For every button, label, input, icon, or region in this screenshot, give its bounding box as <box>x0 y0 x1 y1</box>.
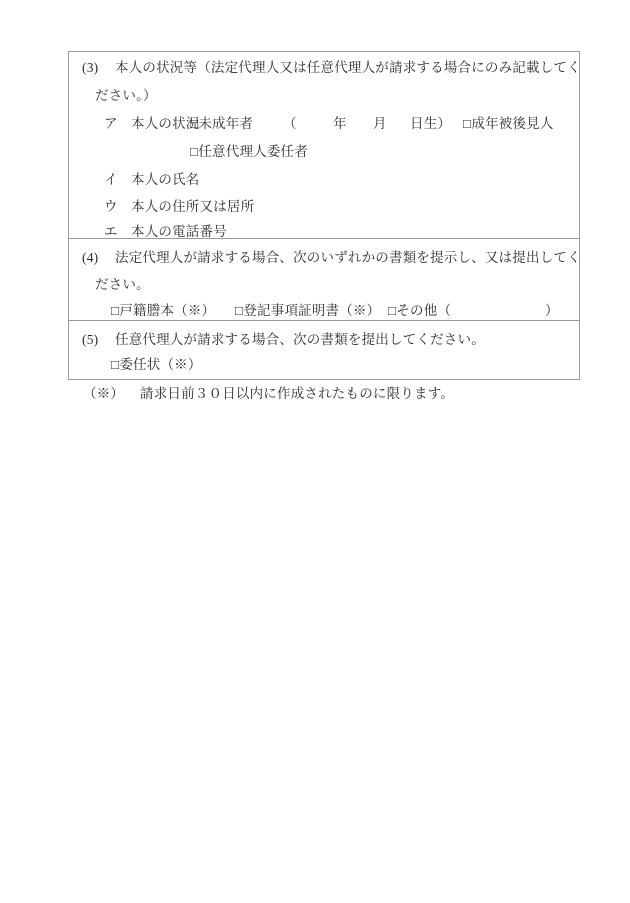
section-3-number: (3) <box>82 60 98 76</box>
document-page: (3) 本人の状況等（法定代理人又は任意代理人が請求する場合にのみ記載してく だ… <box>0 0 630 903</box>
checkbox-option-other[interactable]: □その他（ <box>388 303 451 319</box>
item-e-marker: エ <box>104 224 118 240</box>
option-koseki-label: 戸籍謄本（※） <box>119 303 215 318</box>
birthdate-paren-open: （ <box>283 116 297 132</box>
checkbox-option-ininjo[interactable]: □委任状（※） <box>111 357 202 373</box>
form-table: (3) 本人の状況等（法定代理人又は任意代理人が請求する場合にのみ記載してく だ… <box>68 51 580 380</box>
section-4: (4) 法定代理人が請求する場合、次のいずれかの書類を提示し、又は提出してく だ… <box>69 239 579 321</box>
section-3: (3) 本人の状況等（法定代理人又は任意代理人が請求する場合にのみ記載してく だ… <box>69 52 579 239</box>
section-4-number: (4) <box>82 250 98 266</box>
item-i-label: 本人の氏名 <box>131 172 200 188</box>
checkbox-option-touki[interactable]: □登記事項証明書（※） <box>235 303 380 319</box>
footnote-text: 請求日前３０日以内に作成されたものに限ります。 <box>140 386 454 402</box>
checkbox-option-koseki[interactable]: □戸籍謄本（※） <box>111 303 215 319</box>
section-5-heading: 任意代理人が請求する場合、次の書類を提出してください。 <box>115 332 485 348</box>
item-u-label: 本人の住所又は居所 <box>131 199 254 215</box>
footnote-marker: （※） <box>83 386 124 402</box>
item-u-marker: ウ <box>104 199 118 215</box>
option-minor-label: 未成年者 <box>198 116 253 131</box>
section-5-number: (5) <box>82 332 98 348</box>
section-4-heading-line2: ださい。 <box>95 277 150 293</box>
option-adult-ward-label: 成年被後見人 <box>471 116 553 131</box>
section-3-heading-line1: 本人の状況等（法定代理人又は任意代理人が請求する場合にのみ記載してく <box>115 60 581 76</box>
option-ininjo-label: 委任状（※） <box>119 357 201 372</box>
option-other-paren-close: ） <box>545 303 559 319</box>
checkbox-option-adult-ward[interactable]: □成年被後見人 <box>463 116 554 132</box>
day-born-label: 日生） <box>410 116 451 132</box>
option-touki-label: 登記事項証明書（※） <box>243 303 380 318</box>
section-5: (5) 任意代理人が請求する場合、次の書類を提出してください。 □委任状（※） <box>69 321 579 378</box>
item-e-label: 本人の電話番号 <box>131 224 227 240</box>
option-other-label: その他（ <box>396 303 451 318</box>
item-a-marker: ア <box>104 116 118 132</box>
item-i-marker: イ <box>104 172 118 188</box>
checkbox-option-voluntary-delegator[interactable]: □任意代理人委任者 <box>190 144 308 160</box>
month-label: 月 <box>373 116 387 132</box>
section-3-heading-line2: ださい。） <box>95 88 157 104</box>
option-voluntary-delegator-label: 任意代理人委任者 <box>198 144 308 159</box>
section-4-heading-line1: 法定代理人が請求する場合、次のいずれかの書類を提示し、又は提出してく <box>115 250 581 266</box>
year-label: 年 <box>333 116 347 132</box>
checkbox-option-minor[interactable]: □未成年者 <box>190 116 253 132</box>
